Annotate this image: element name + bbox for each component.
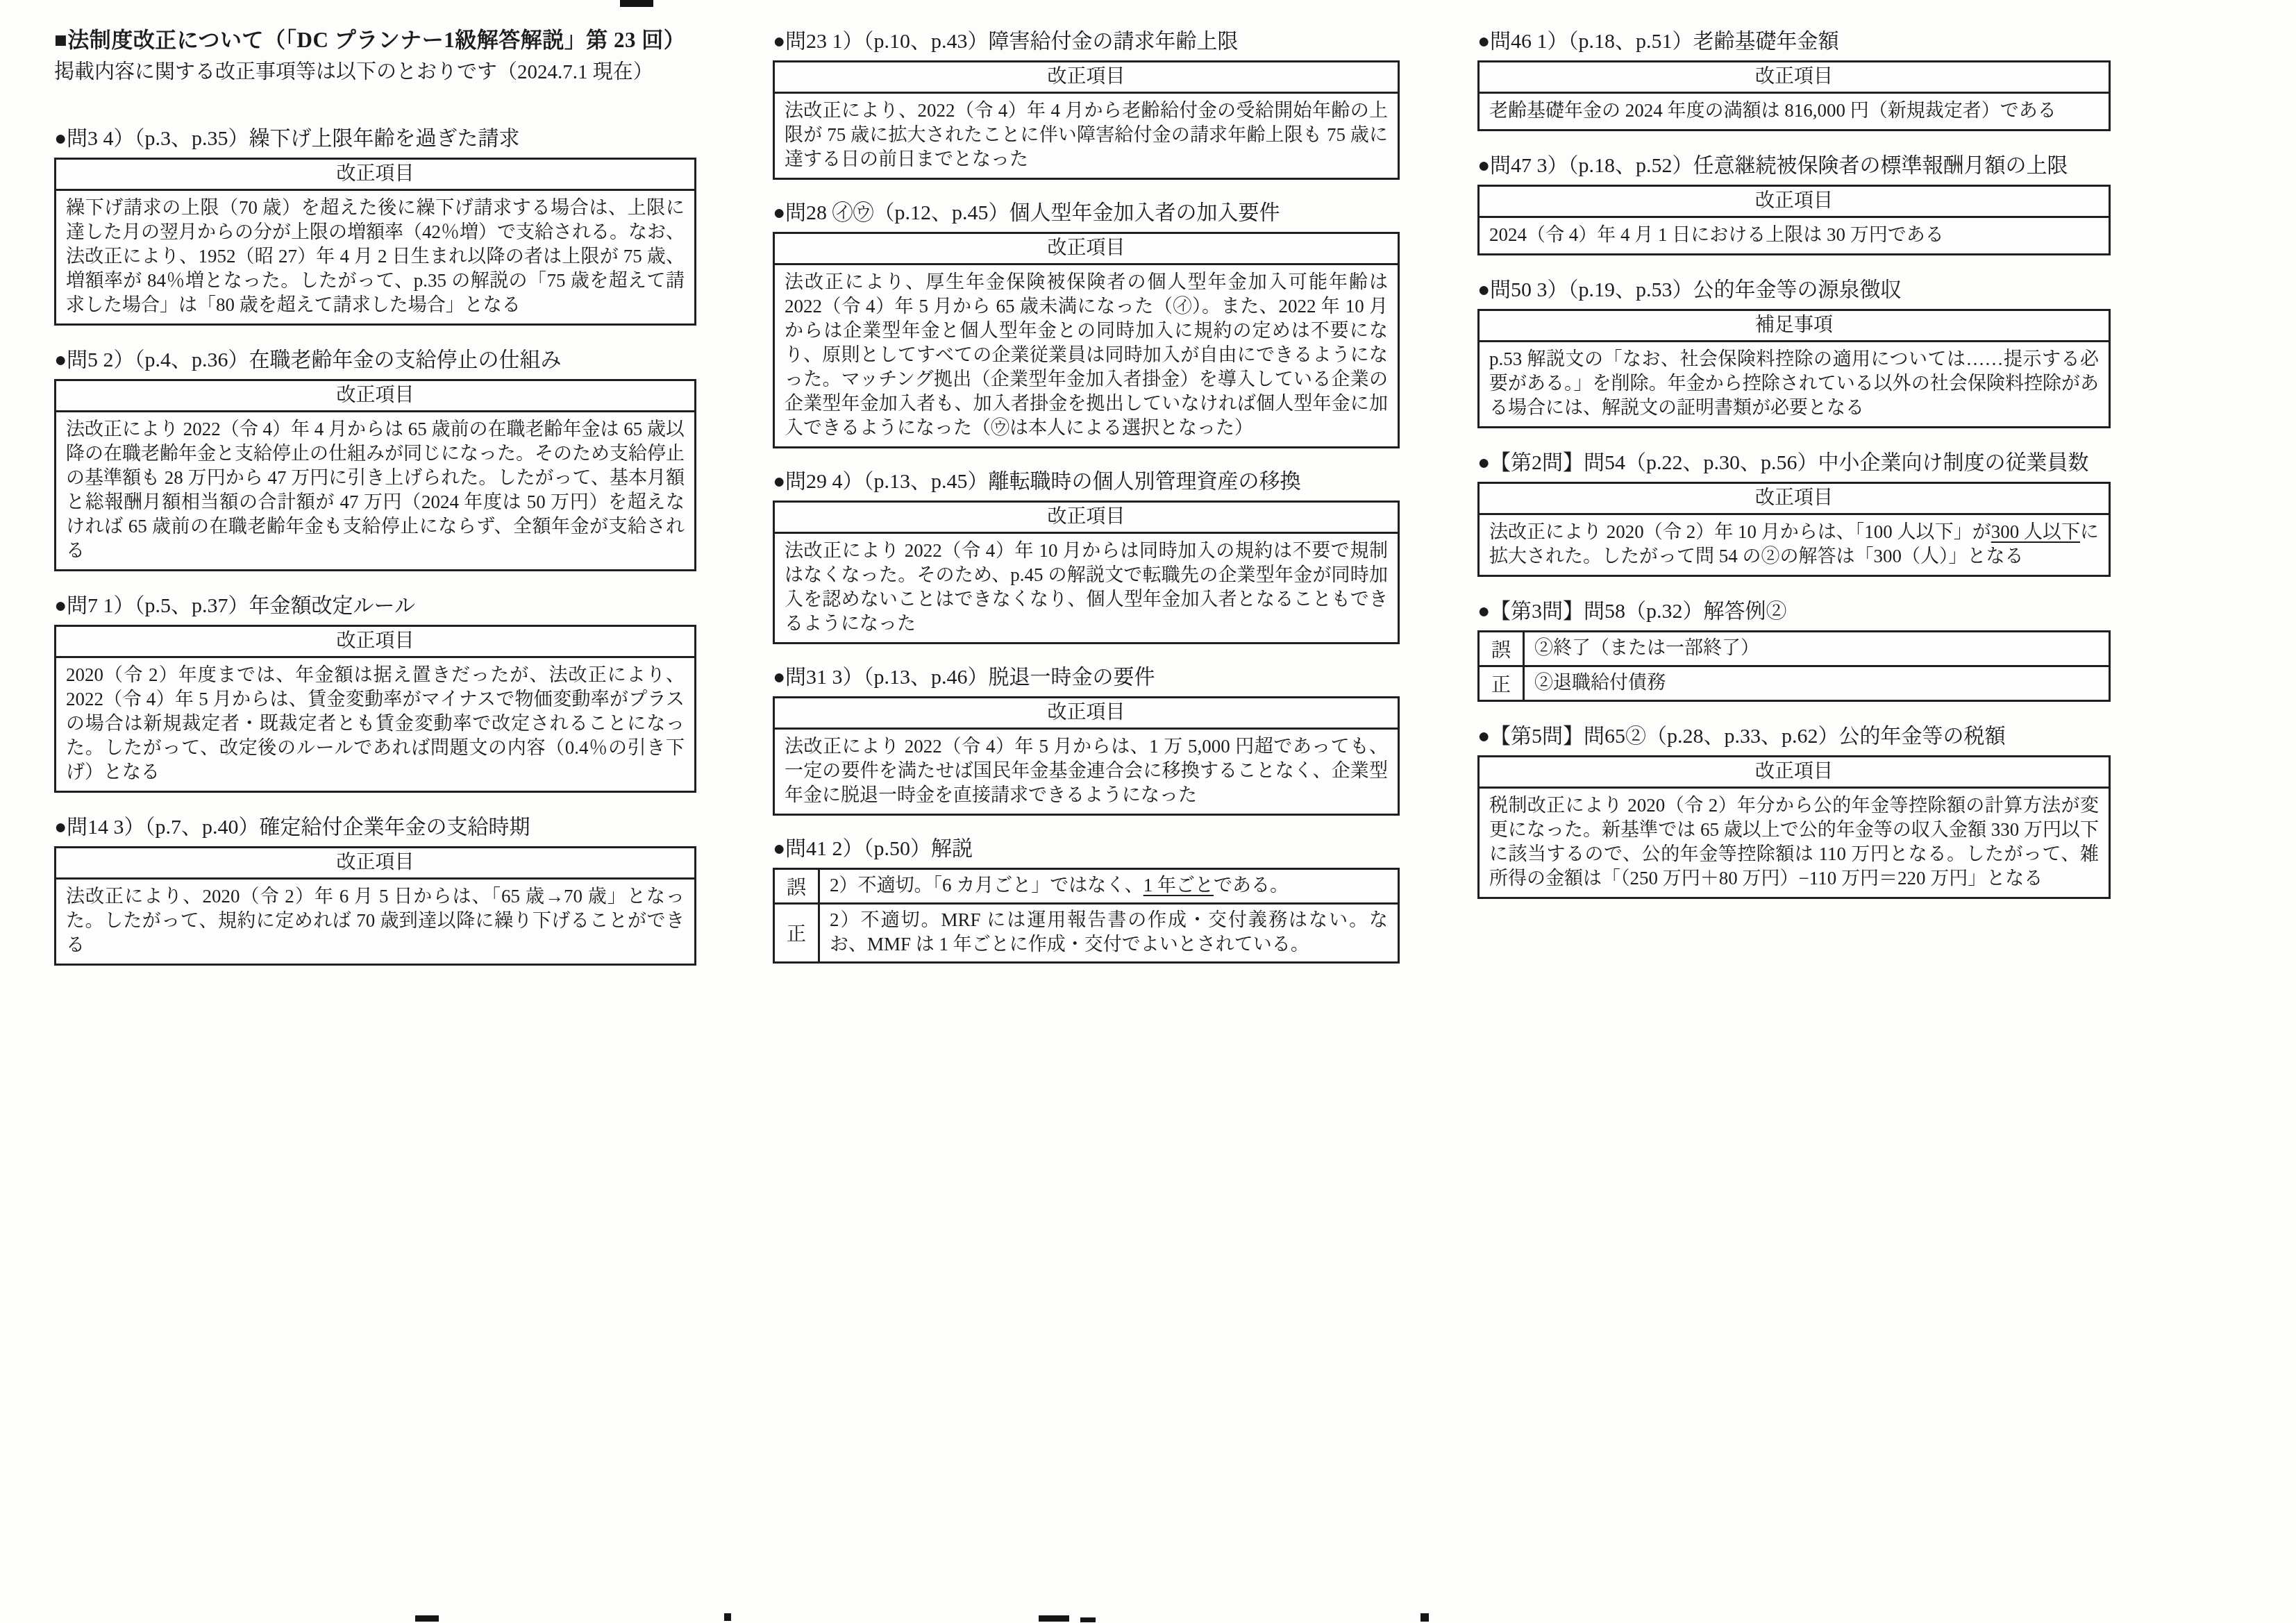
section-q54: ●【第2問】問54（p.22、p.30、p.56）中小企業向け制度の従業員数 改… — [1477, 449, 2111, 577]
section-q5: ●問5 2）（p.4、p.36）在職老齢年金の支給停止の仕組み 改正項目 法改正… — [54, 346, 696, 571]
section-q7-box-label: 改正項目 — [56, 627, 694, 658]
correct-label: 正 — [1480, 667, 1525, 700]
section-q47: ●問47 3）（p.18、p.52）任意継続被保険者の標準報酬月額の上限 改正項… — [1477, 152, 2111, 255]
section-q50-box-label: 補足事項 — [1480, 311, 2109, 342]
wrong-text-underlined: 1 年ごと — [1143, 875, 1214, 895]
section-q47-box-label: 改正項目 — [1480, 187, 2109, 218]
section-q23-box-body: 法改正により、2022（令 4）年 4 月から老齢給付金の受給開始年齢の上限が … — [775, 94, 1398, 178]
q54-body-underlined: 300 人以下 — [1991, 521, 2080, 542]
section-q31: ●問31 3）（p.13、p.46）脱退一時金の要件 改正項目 法改正により 2… — [773, 664, 1400, 816]
section-q46-box-label: 改正項目 — [1480, 62, 2109, 94]
correct-text: 2）不適切。MRF には運用報告書の作成・交付義務はない。なお、MMF は 1 … — [820, 905, 1398, 961]
wrong-label: 誤 — [775, 870, 820, 902]
section-q65-heading: ●【第5問】問65②（p.28、p.33、p.62）公的年金等の税額 — [1477, 723, 2111, 750]
section-q50-box-body: p.53 解説文の「なお、社会保険料控除の適用については……提示する必要がある。… — [1480, 342, 2109, 426]
section-q58: ●【第3問】問58（p.32）解答例② 誤 ②終了（または一部終了） 正 ②退職… — [1477, 598, 2111, 702]
wrong-text-pre: 2）不適切。「6 カ月ごと」ではなく、 — [830, 875, 1143, 895]
section-q50: ●問50 3）（p.19、p.53）公的年金等の源泉徴収 補足事項 p.53 解… — [1477, 276, 2111, 428]
section-q5-box: 改正項目 法改正により 2022（令 4）年 4 月からは 65 歳前の在職老齢… — [54, 379, 696, 571]
section-q46-box-body: 老齢基礎年金の 2024 年度の満額は 816,000 円（新規裁定者）である — [1480, 94, 2109, 129]
section-q54-box-label: 改正項目 — [1480, 484, 2109, 515]
scan-artifact — [1039, 1615, 1069, 1622]
section-q46-box: 改正項目 老齢基礎年金の 2024 年度の満額は 816,000 円（新規裁定者… — [1477, 60, 2111, 131]
section-q14-box-body: 法改正により、2020（令 2）年 6 月 5 日からは、「65 歳→70 歳」… — [56, 880, 694, 964]
section-q58-correction-table: 誤 ②終了（または一部終了） 正 ②退職給付債務 — [1477, 630, 2111, 702]
correction-row-correct: 正 2）不適切。MRF には運用報告書の作成・交付義務はない。なお、MMF は … — [775, 902, 1398, 961]
section-q54-box: 改正項目 法改正により 2020（令 2）年 10 月からは、「100 人以下」… — [1477, 482, 2111, 577]
section-q28: ●問28 ㋑㋒（p.12、p.45）個人型年金加入者の加入要件 改正項目 法改正… — [773, 199, 1400, 448]
section-q23-box: 改正項目 法改正により、2022（令 4）年 4 月から老齢給付金の受給開始年齢… — [773, 60, 1400, 180]
scan-artifact — [620, 0, 653, 7]
correction-row-wrong: 誤 2）不適切。「6 カ月ごと」ではなく、1 年ごとである。 — [775, 870, 1398, 902]
section-q46: ●問46 1）（p.18、p.51）老齢基礎年金額 改正項目 老齢基礎年金の 2… — [1477, 28, 2111, 131]
section-q7-heading: ●問7 1）（p.5、p.37）年金額改定ルール — [54, 592, 696, 620]
wrong-label: 誤 — [1480, 632, 1525, 665]
section-q7: ●問7 1）（p.5、p.37）年金額改定ルール 改正項目 2020（令 2）年… — [54, 592, 696, 793]
section-q3-box-label: 改正項目 — [56, 160, 694, 191]
section-q50-heading: ●問50 3）（p.19、p.53）公的年金等の源泉徴収 — [1477, 276, 2111, 304]
scanned-document-page: ■法制度改正について（「DC プランナー1級解答解説」第 23 回） 掲載内容に… — [0, 0, 2296, 1623]
section-q58-heading: ●【第3問】問58（p.32）解答例② — [1477, 598, 2111, 625]
section-q65: ●【第5問】問65②（p.28、p.33、p.62）公的年金等の税額 改正項目 … — [1477, 723, 2111, 899]
section-q31-box: 改正項目 法改正により 2022（令 4）年 5 月からは、1 万 5,000 … — [773, 696, 1400, 816]
section-q29: ●問29 4）（p.13、p.45）離転職時の個人別管理資産の移換 改正項目 法… — [773, 468, 1400, 644]
correction-row-correct: 正 ②退職給付債務 — [1480, 665, 2109, 700]
section-q31-box-body: 法改正により 2022（令 4）年 5 月からは、1 万 5,000 円超であっ… — [775, 730, 1398, 814]
section-q23-box-label: 改正項目 — [775, 62, 1398, 94]
section-q65-box: 改正項目 税制改正により 2020（令 2）年分から公的年金等控除額の計算方法が… — [1477, 755, 2111, 899]
section-q28-heading: ●問28 ㋑㋒（p.12、p.45）個人型年金加入者の加入要件 — [773, 199, 1400, 227]
section-q3-box: 改正項目 繰下げ請求の上限（70 歳）を超えた後に繰下げ請求する場合は、上限に達… — [54, 158, 696, 326]
section-q29-box: 改正項目 法改正により 2022（令 4）年 10 月からは同時加入の規約は不要… — [773, 501, 1400, 644]
section-q47-box-body: 2024（令 4）年 4 月 1 日における上限は 30 万円である — [1480, 218, 2109, 253]
correction-row-wrong: 誤 ②終了（または一部終了） — [1480, 632, 2109, 665]
column-left: ■法制度改正について（「DC プランナー1級解答解説」第 23 回） 掲載内容に… — [54, 0, 696, 966]
section-q28-box-label: 改正項目 — [775, 234, 1398, 265]
section-q31-heading: ●問31 3）（p.13、p.46）脱退一時金の要件 — [773, 664, 1400, 691]
section-q3-heading: ●問3 4）（p.3、p.35）繰下げ上限年齢を過ぎた請求 — [54, 125, 696, 153]
correct-label: 正 — [775, 905, 820, 961]
wrong-text: 2）不適切。「6 カ月ごと」ではなく、1 年ごとである。 — [820, 870, 1398, 902]
section-q31-box-label: 改正項目 — [775, 698, 1398, 730]
q54-body-pre: 法改正により 2020（令 2）年 10 月からは、「100 人以下」が — [1489, 521, 1991, 542]
scan-artifact — [415, 1615, 439, 1622]
section-q47-box: 改正項目 2024（令 4）年 4 月 1 日における上限は 30 万円である — [1477, 185, 2111, 255]
section-q7-box: 改正項目 2020（令 2）年度までは、年金額は据え置きだったが、法改正により、… — [54, 625, 696, 793]
scan-artifact — [724, 1613, 731, 1621]
section-q28-box: 改正項目 法改正により、厚生年金保険被保険者の個人型年金加入可能年齢は 2022… — [773, 232, 1400, 448]
section-q29-heading: ●問29 4）（p.13、p.45）離転職時の個人別管理資産の移換 — [773, 468, 1400, 496]
section-q29-box-label: 改正項目 — [775, 503, 1398, 534]
section-q29-box-body: 法改正により 2022（令 4）年 10 月からは同時加入の規約は不要で規制はな… — [775, 534, 1398, 642]
section-q14: ●問14 3）（p.7、p.40）確定給付企業年金の支給時期 改正項目 法改正に… — [54, 814, 696, 966]
section-q46-heading: ●問46 1）（p.18、p.51）老齢基礎年金額 — [1477, 28, 2111, 56]
section-q23-heading: ●問23 1）（p.10、p.43）障害給付金の請求年齢上限 — [773, 28, 1400, 56]
section-q54-heading: ●【第2問】問54（p.22、p.30、p.56）中小企業向け制度の従業員数 — [1477, 449, 2111, 477]
section-q65-box-label: 改正項目 — [1480, 757, 2109, 789]
column-middle: ●問23 1）（p.10、p.43）障害給付金の請求年齢上限 改正項目 法改正に… — [773, 0, 1400, 964]
document-subtitle: 掲載内容に関する改正事項等は以下のとおりです（2024.7.1 現在） — [54, 56, 696, 89]
correct-text: ②退職給付債務 — [1525, 667, 2109, 700]
section-q7-box-body: 2020（令 2）年度までは、年金額は据え置きだったが、法改正により、2022（… — [56, 658, 694, 791]
section-q47-heading: ●問47 3）（p.18、p.52）任意継続被保険者の標準報酬月額の上限 — [1477, 152, 2111, 180]
wrong-text-post: である。 — [1214, 875, 1289, 895]
column-right: ●問46 1）（p.18、p.51）老齢基礎年金額 改正項目 老齢基礎年金の 2… — [1477, 0, 2111, 899]
scan-artifact — [1080, 1617, 1096, 1622]
section-q41-correction-table: 誤 2）不適切。「6 カ月ごと」ではなく、1 年ごとである。 正 2）不適切。M… — [773, 868, 1400, 964]
section-q14-box: 改正項目 法改正により、2020（令 2）年 6 月 5 日からは、「65 歳→… — [54, 846, 696, 966]
section-q54-box-body: 法改正により 2020（令 2）年 10 月からは、「100 人以下」が300 … — [1480, 515, 2109, 575]
section-q41: ●問41 2）（p.50）解説 誤 2）不適切。「6 カ月ごと」ではなく、1 年… — [773, 835, 1400, 964]
section-q5-box-label: 改正項目 — [56, 381, 694, 412]
section-q14-box-label: 改正項目 — [56, 848, 694, 880]
section-q14-heading: ●問14 3）（p.7、p.40）確定給付企業年金の支給時期 — [54, 814, 696, 841]
section-q41-heading: ●問41 2）（p.50）解説 — [773, 835, 1400, 863]
document-title: ■法制度改正について（「DC プランナー1級解答解説」第 23 回） — [54, 24, 696, 56]
section-q28-box-body: 法改正により、厚生年金保険被保険者の個人型年金加入可能年齢は 2022（令 4）… — [775, 265, 1398, 446]
section-q5-box-body: 法改正により 2022（令 4）年 4 月からは 65 歳前の在職老齢年金は 6… — [56, 412, 694, 569]
section-q65-box-body: 税制改正により 2020（令 2）年分から公的年金等控除額の計算方法が変更になっ… — [1480, 789, 2109, 897]
section-q3-box-body: 繰下げ請求の上限（70 歳）を超えた後に繰下げ請求する場合は、上限に達した月の翌… — [56, 191, 694, 323]
section-q50-box: 補足事項 p.53 解説文の「なお、社会保険料控除の適用については……提示する必… — [1477, 309, 2111, 428]
wrong-text: ②終了（または一部終了） — [1525, 632, 2109, 665]
section-q23: ●問23 1）（p.10、p.43）障害給付金の請求年齢上限 改正項目 法改正に… — [773, 28, 1400, 180]
section-q3: ●問3 4）（p.3、p.35）繰下げ上限年齢を過ぎた請求 改正項目 繰下げ請求… — [54, 125, 696, 326]
section-q5-heading: ●問5 2）（p.4、p.36）在職老齢年金の支給停止の仕組み — [54, 346, 696, 374]
scan-artifact — [1421, 1613, 1429, 1622]
